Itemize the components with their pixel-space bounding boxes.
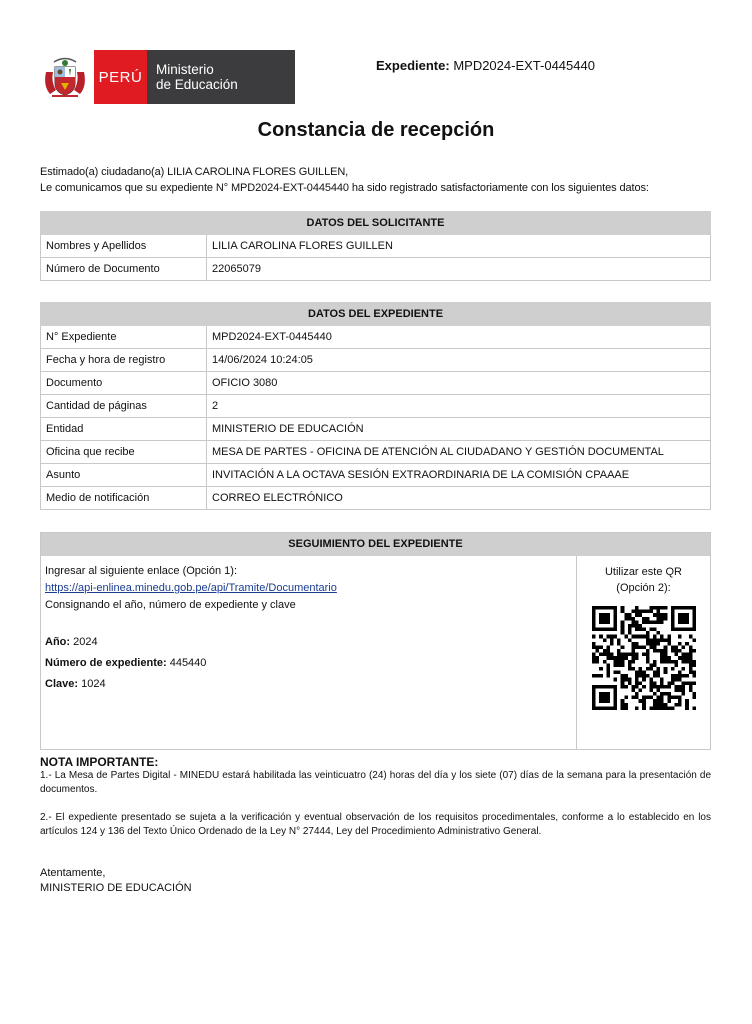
anio-field: Año: 2024: [45, 632, 572, 653]
document-header: PERÚ Ministerio de Educación Expediente:…: [40, 50, 720, 106]
seguimiento-option-2: Utilizar este QR (Opción 2):: [577, 556, 710, 749]
intro-greeting: Estimado(a) ciudadano(a) LILIA CAROLINA …: [40, 164, 720, 180]
expediente-table: DATOS DEL EXPEDIENTE N° Expediente MPD20…: [40, 302, 711, 510]
qr-code-icon[interactable]: [592, 606, 696, 710]
header-expediente-label: Expediente:: [376, 58, 450, 73]
tracking-link[interactable]: https://api-enlinea.minedu.gob.pe/api/Tr…: [45, 582, 337, 594]
consignando-text: Consignando el año, número de expediente…: [45, 597, 572, 614]
row-value: INVITACIÓN A LA OCTAVA SESIÓN EXTRAORDIN…: [207, 464, 711, 487]
seguimiento-header: SEGUIMIENTO DEL EXPEDIENTE: [41, 533, 710, 556]
header-expediente: Expediente: MPD2024-EXT-0445440: [376, 58, 595, 73]
ministry-brand: Ministerio de Educación: [147, 50, 295, 104]
table-row: Documento OFICIO 3080: [41, 372, 711, 395]
table-row: Medio de notificación CORREO ELECTRÓNICO: [41, 487, 711, 510]
solicitante-header: DATOS DEL SOLICITANTE: [41, 212, 711, 235]
table-row: Oficina que recibe MESA DE PARTES - OFIC…: [41, 441, 711, 464]
intro-text: Estimado(a) ciudadano(a) LILIA CAROLINA …: [40, 164, 720, 196]
table-row: Número de Documento 22065079: [41, 258, 711, 281]
row-value: OFICIO 3080: [207, 372, 711, 395]
row-value: MINISTERIO DE EDUCACIÓN: [207, 418, 711, 441]
qr-caption-2: (Opción 2):: [577, 580, 710, 596]
anio-value: 2024: [73, 636, 97, 648]
closing-line-1: Atentamente,: [40, 866, 192, 881]
nota-item-2: 2.- El expediente presentado se sujeta a…: [40, 811, 711, 839]
page-title: Constancia de recepción: [0, 119, 752, 142]
row-label: N° Expediente: [41, 326, 207, 349]
row-value: MPD2024-EXT-0445440: [207, 326, 711, 349]
row-label: Fecha y hora de registro: [41, 349, 207, 372]
row-value: 22065079: [207, 258, 711, 281]
row-label: Documento: [41, 372, 207, 395]
header-expediente-value: MPD2024-EXT-0445440: [453, 58, 595, 73]
peru-brand: PERÚ: [94, 50, 147, 104]
table-row: Asunto INVITACIÓN A LA OCTAVA SESIÓN EXT…: [41, 464, 711, 487]
clave-label: Clave:: [45, 678, 78, 690]
seguimiento-section: SEGUIMIENTO DEL EXPEDIENTE Ingresar al s…: [40, 532, 711, 750]
row-label: Cantidad de páginas: [41, 395, 207, 418]
table-row: N° Expediente MPD2024-EXT-0445440: [41, 326, 711, 349]
solicitante-table: DATOS DEL SOLICITANTE Nombres y Apellido…: [40, 211, 711, 281]
row-value: 2: [207, 395, 711, 418]
nota-importante: NOTA IMPORTANTE: 1.- La Mesa de Partes D…: [40, 755, 711, 839]
row-label: Entidad: [41, 418, 207, 441]
clave-field: Clave: 1024: [45, 674, 572, 695]
row-value: LILIA CAROLINA FLORES GUILLEN: [207, 235, 711, 258]
option1-text: Ingresar al siguiente enlace (Opción 1):: [45, 563, 572, 580]
numero-field: Número de expediente: 445440: [45, 653, 572, 674]
row-value: CORREO ELECTRÓNICO: [207, 487, 711, 510]
numero-label: Número de expediente:: [45, 657, 167, 669]
closing: Atentamente, MINISTERIO DE EDUCACIÓN: [40, 866, 192, 896]
ministry-line-1: Ministerio: [156, 62, 295, 77]
row-value: MESA DE PARTES - OFICINA DE ATENCIÓN AL …: [207, 441, 711, 464]
table-row: Entidad MINISTERIO DE EDUCACIÓN: [41, 418, 711, 441]
intro-message: Le comunicamos que su expediente N° MPD2…: [40, 180, 720, 196]
anio-label: Año:: [45, 636, 70, 648]
minedu-logo: PERÚ Ministerio de Educación: [40, 50, 295, 104]
coat-of-arms-icon: [40, 50, 90, 104]
row-label: Asunto: [41, 464, 207, 487]
row-label: Medio de notificación: [41, 487, 207, 510]
closing-signature: MINISTERIO DE EDUCACIÓN: [40, 881, 192, 896]
row-label: Número de Documento: [41, 258, 207, 281]
row-value: 14/06/2024 10:24:05: [207, 349, 711, 372]
row-label: Nombres y Apellidos: [41, 235, 207, 258]
seguimiento-option-1: Ingresar al siguiente enlace (Opción 1):…: [41, 556, 577, 749]
row-label: Oficina que recibe: [41, 441, 207, 464]
ministry-line-2: de Educación: [156, 77, 295, 92]
nota-title: NOTA IMPORTANTE:: [40, 755, 711, 769]
table-row: Cantidad de páginas 2: [41, 395, 711, 418]
nota-item-1: 1.- La Mesa de Partes Digital - MINEDU e…: [40, 769, 711, 797]
clave-value: 1024: [81, 678, 105, 690]
table-row: Nombres y Apellidos LILIA CAROLINA FLORE…: [41, 235, 711, 258]
expediente-header: DATOS DEL EXPEDIENTE: [41, 303, 711, 326]
qr-caption-1: Utilizar este QR: [577, 564, 710, 580]
numero-value: 445440: [170, 657, 207, 669]
table-row: Fecha y hora de registro 14/06/2024 10:2…: [41, 349, 711, 372]
